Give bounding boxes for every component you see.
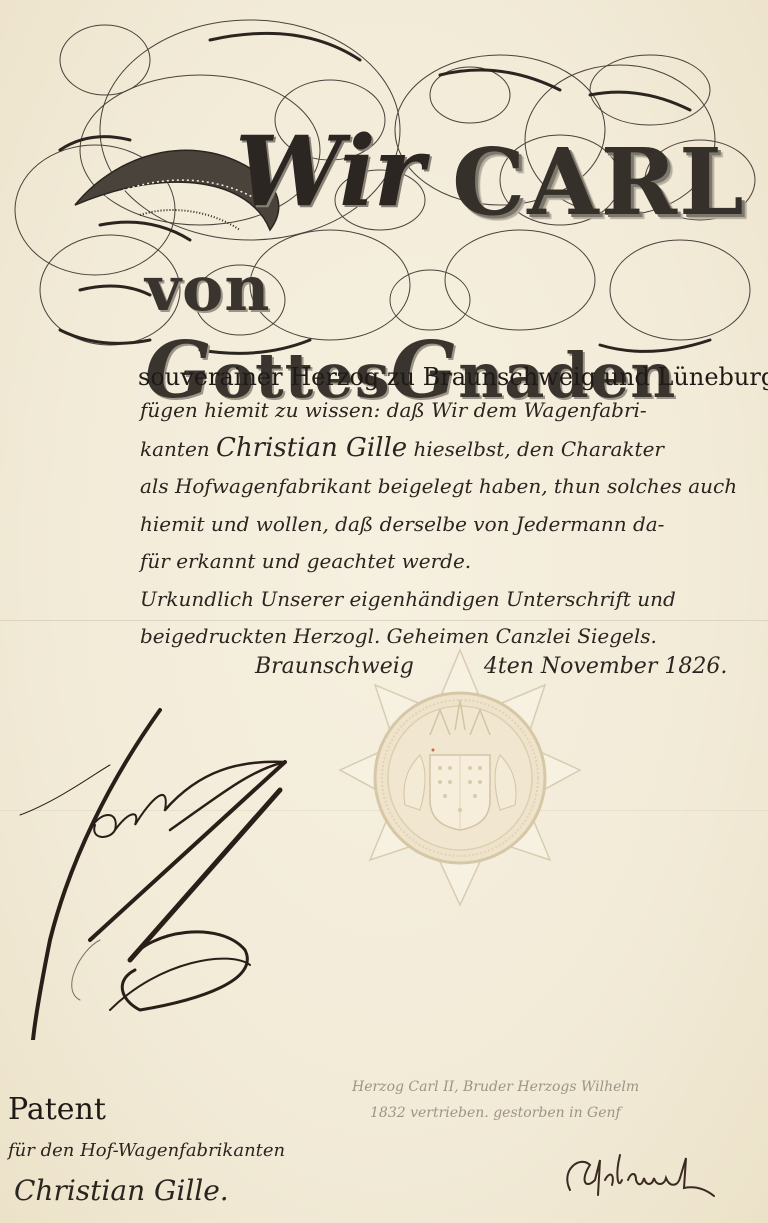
patent-body-text: fügen hiemit zu wissen: daß Wir dem Wage… [140, 392, 760, 656]
body-line-fragment: kanten [140, 437, 210, 461]
body-line: hiemit und wollen, daß derselbe von Jede… [140, 506, 760, 544]
embossed-seal-icon [335, 640, 585, 920]
title-von: von [145, 252, 270, 325]
recipient-name: Christian Gille [216, 433, 407, 463]
pencil-annotation-line: 1832 vertrieben. gestorben in Genf [352, 1100, 639, 1126]
docket-line: für den Hof-Wagenfabrikanten [8, 1140, 285, 1161]
docket-title: Patent [8, 1092, 106, 1127]
pencil-annotation: Herzog Carl II, Bruder Herzogs Wilhelm 1… [352, 1074, 639, 1126]
document-page: Wir CARL von GottesGnaden souverainer He… [0, 0, 768, 1223]
ducal-style-subtitle: souverainer Herzog zu Braunschweig und L… [138, 360, 768, 393]
docket-recipient-name: Christian Gille. [14, 1174, 229, 1207]
body-line: fügen hiemit zu wissen: daß Wir dem Wage… [140, 392, 760, 430]
body-line-fragment: hieselbst, den Charakter [414, 437, 664, 461]
body-line: kanten Christian Gille hieselbst, den Ch… [140, 430, 760, 469]
title-wir: Wir [235, 115, 422, 228]
body-line: als Hofwagenfabrikant beigelegt haben, t… [140, 468, 760, 506]
body-line: Urkundlich Unserer eigenhändigen Untersc… [140, 581, 760, 619]
title-carl: CARL [452, 128, 746, 236]
body-line: für erkannt und geachtet werde. [140, 543, 760, 581]
duke-signature [0, 700, 330, 1040]
pencil-annotation-line: Herzog Carl II, Bruder Herzogs Wilhelm [352, 1074, 639, 1100]
